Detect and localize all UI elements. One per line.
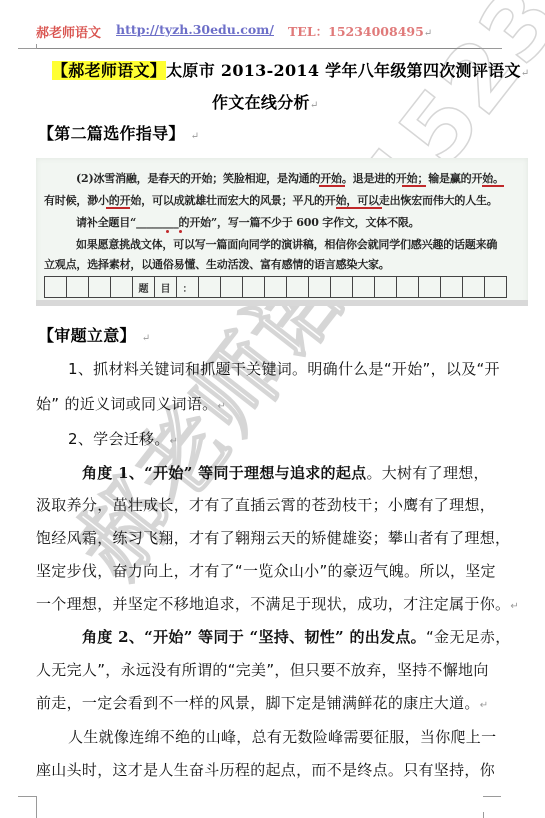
section-heading-guide: 【第二篇选作指导】 ↵ <box>38 121 199 144</box>
header-brand: 郝老师语文 <box>36 22 101 41</box>
page-header: 郝老师语文 http://tyzh.30edu.com/ TEL：1523400… <box>36 22 525 42</box>
red-underline <box>482 185 504 187</box>
section-heading-analysis: 【审题立意】 ↵ <box>38 323 150 346</box>
header-url-link[interactable]: http://tyzh.30edu.com/ <box>116 22 274 37</box>
margin-mark-br <box>483 796 501 797</box>
red-underline <box>106 207 130 209</box>
angle-1-line: 坚定步伐，奋力向上，才有了“一览众山小”的豪迈气魄。所以，坚定 <box>36 560 496 581</box>
doc-title: 【郝老师语文】太原市 2013-2014 学年八年级第四次测评语文↵ <box>52 58 529 81</box>
angle-1-line: 饱经风霜，练习飞翔，才有了翱翔云天的矫健雄姿；攀山者有了理想， <box>36 527 510 548</box>
red-underline <box>319 185 345 187</box>
red-underline <box>336 207 382 209</box>
margin-mark-tr <box>480 48 502 49</box>
doc-subtitle: 作文在线分析↵ <box>212 90 319 113</box>
prompt-line-3: 请补全题目“________的开始”，写一篇不少于 600 字作文，文体不限。 <box>76 214 419 230</box>
margin-mark-bl <box>18 796 36 797</box>
margin-mark-tl-v <box>36 44 37 49</box>
paragraph-3-line: 座山头时，这才是人生奋斗历程的起点，而不是终点。只有坚持，你 <box>36 759 495 780</box>
angle-1-line: 汲取养分，茁壮成长，才有了直插云霄的苍劲枝干；小鹰有了理想， <box>36 494 495 515</box>
item-1-line-2: 始” 的近义词或同义词语。↵ <box>36 393 226 414</box>
exam-prompt-image: (2)冰雪消融，是春天的开始；笑脸相迎，是沟通的开始。退是进的开始；输是赢的开始… <box>36 158 528 306</box>
answer-grid: 题 目 ： <box>44 276 507 298</box>
angle-1-heading: 角度 1、“开始” 等同于理想与追求的起点。大树有了理想， <box>82 462 489 483</box>
paragraph-mark-icon: ↵ <box>424 28 432 39</box>
red-underline <box>402 185 426 187</box>
title-highlight: 【郝老师语文】 <box>52 61 166 80</box>
prompt-line-4: 如果愿意挑战文体，可以写一篇面向同学的演讲稿，相信你会就同学们感兴趣的话题来确 <box>76 236 497 252</box>
prompt-line-2: 有时候，渺小的开始，可以成就雄壮而宏大的风景；平凡的开始，可以走出恢宏而伟大的人… <box>44 192 498 208</box>
prompt-line-1: (2)冰雪消融，是春天的开始；笑脸相迎，是沟通的开始。退是进的开始；输是赢的开始… <box>76 170 504 186</box>
red-dot <box>179 230 182 233</box>
angle-2-line: 人无完人”，永远没有所谓的“完美”，但只要不放弃，坚持不懈地向 <box>36 659 489 680</box>
red-dot <box>166 230 169 233</box>
margin-mark-tl <box>18 48 36 49</box>
margin-mark-bl-v <box>36 796 37 818</box>
margin-mark-br-v <box>483 812 484 818</box>
prompt-line-5: 立观点，选择素材，以通俗易懂、生动活泼、富有感情的语言感染大家。 <box>44 256 390 272</box>
document-page: 郝老师语文15234008495 郝老师语文 http://tyzh.30edu… <box>0 0 545 818</box>
header-rule <box>18 48 480 49</box>
header-tel: TEL：15234008495↵ <box>288 22 432 40</box>
paragraph-3-line: 人生就像连绵不绝的山峰，总有无数险峰需要征服，当你爬上一 <box>68 726 496 747</box>
item-1-line-1: 1、抓材料关键词和抓题干关键词。明确什么是“开始”，以及“开 <box>68 358 500 379</box>
image-bottom-edge <box>36 300 528 306</box>
item-2: 2、学会迁移。↵ <box>68 428 178 449</box>
angle-2-heading: 角度 2、“开始” 等同于 “坚持、韧性” 的出发点。“金无足赤， <box>82 626 511 647</box>
angle-1-line: 一个理想，并坚定不移地追求，不满足于现状，成功，才注定属于你。↵ <box>36 593 519 614</box>
angle-2-line: 前走，一定会看到不一样的风景，脚下定是铺满鲜花的康庄大道。↵ <box>36 692 488 713</box>
